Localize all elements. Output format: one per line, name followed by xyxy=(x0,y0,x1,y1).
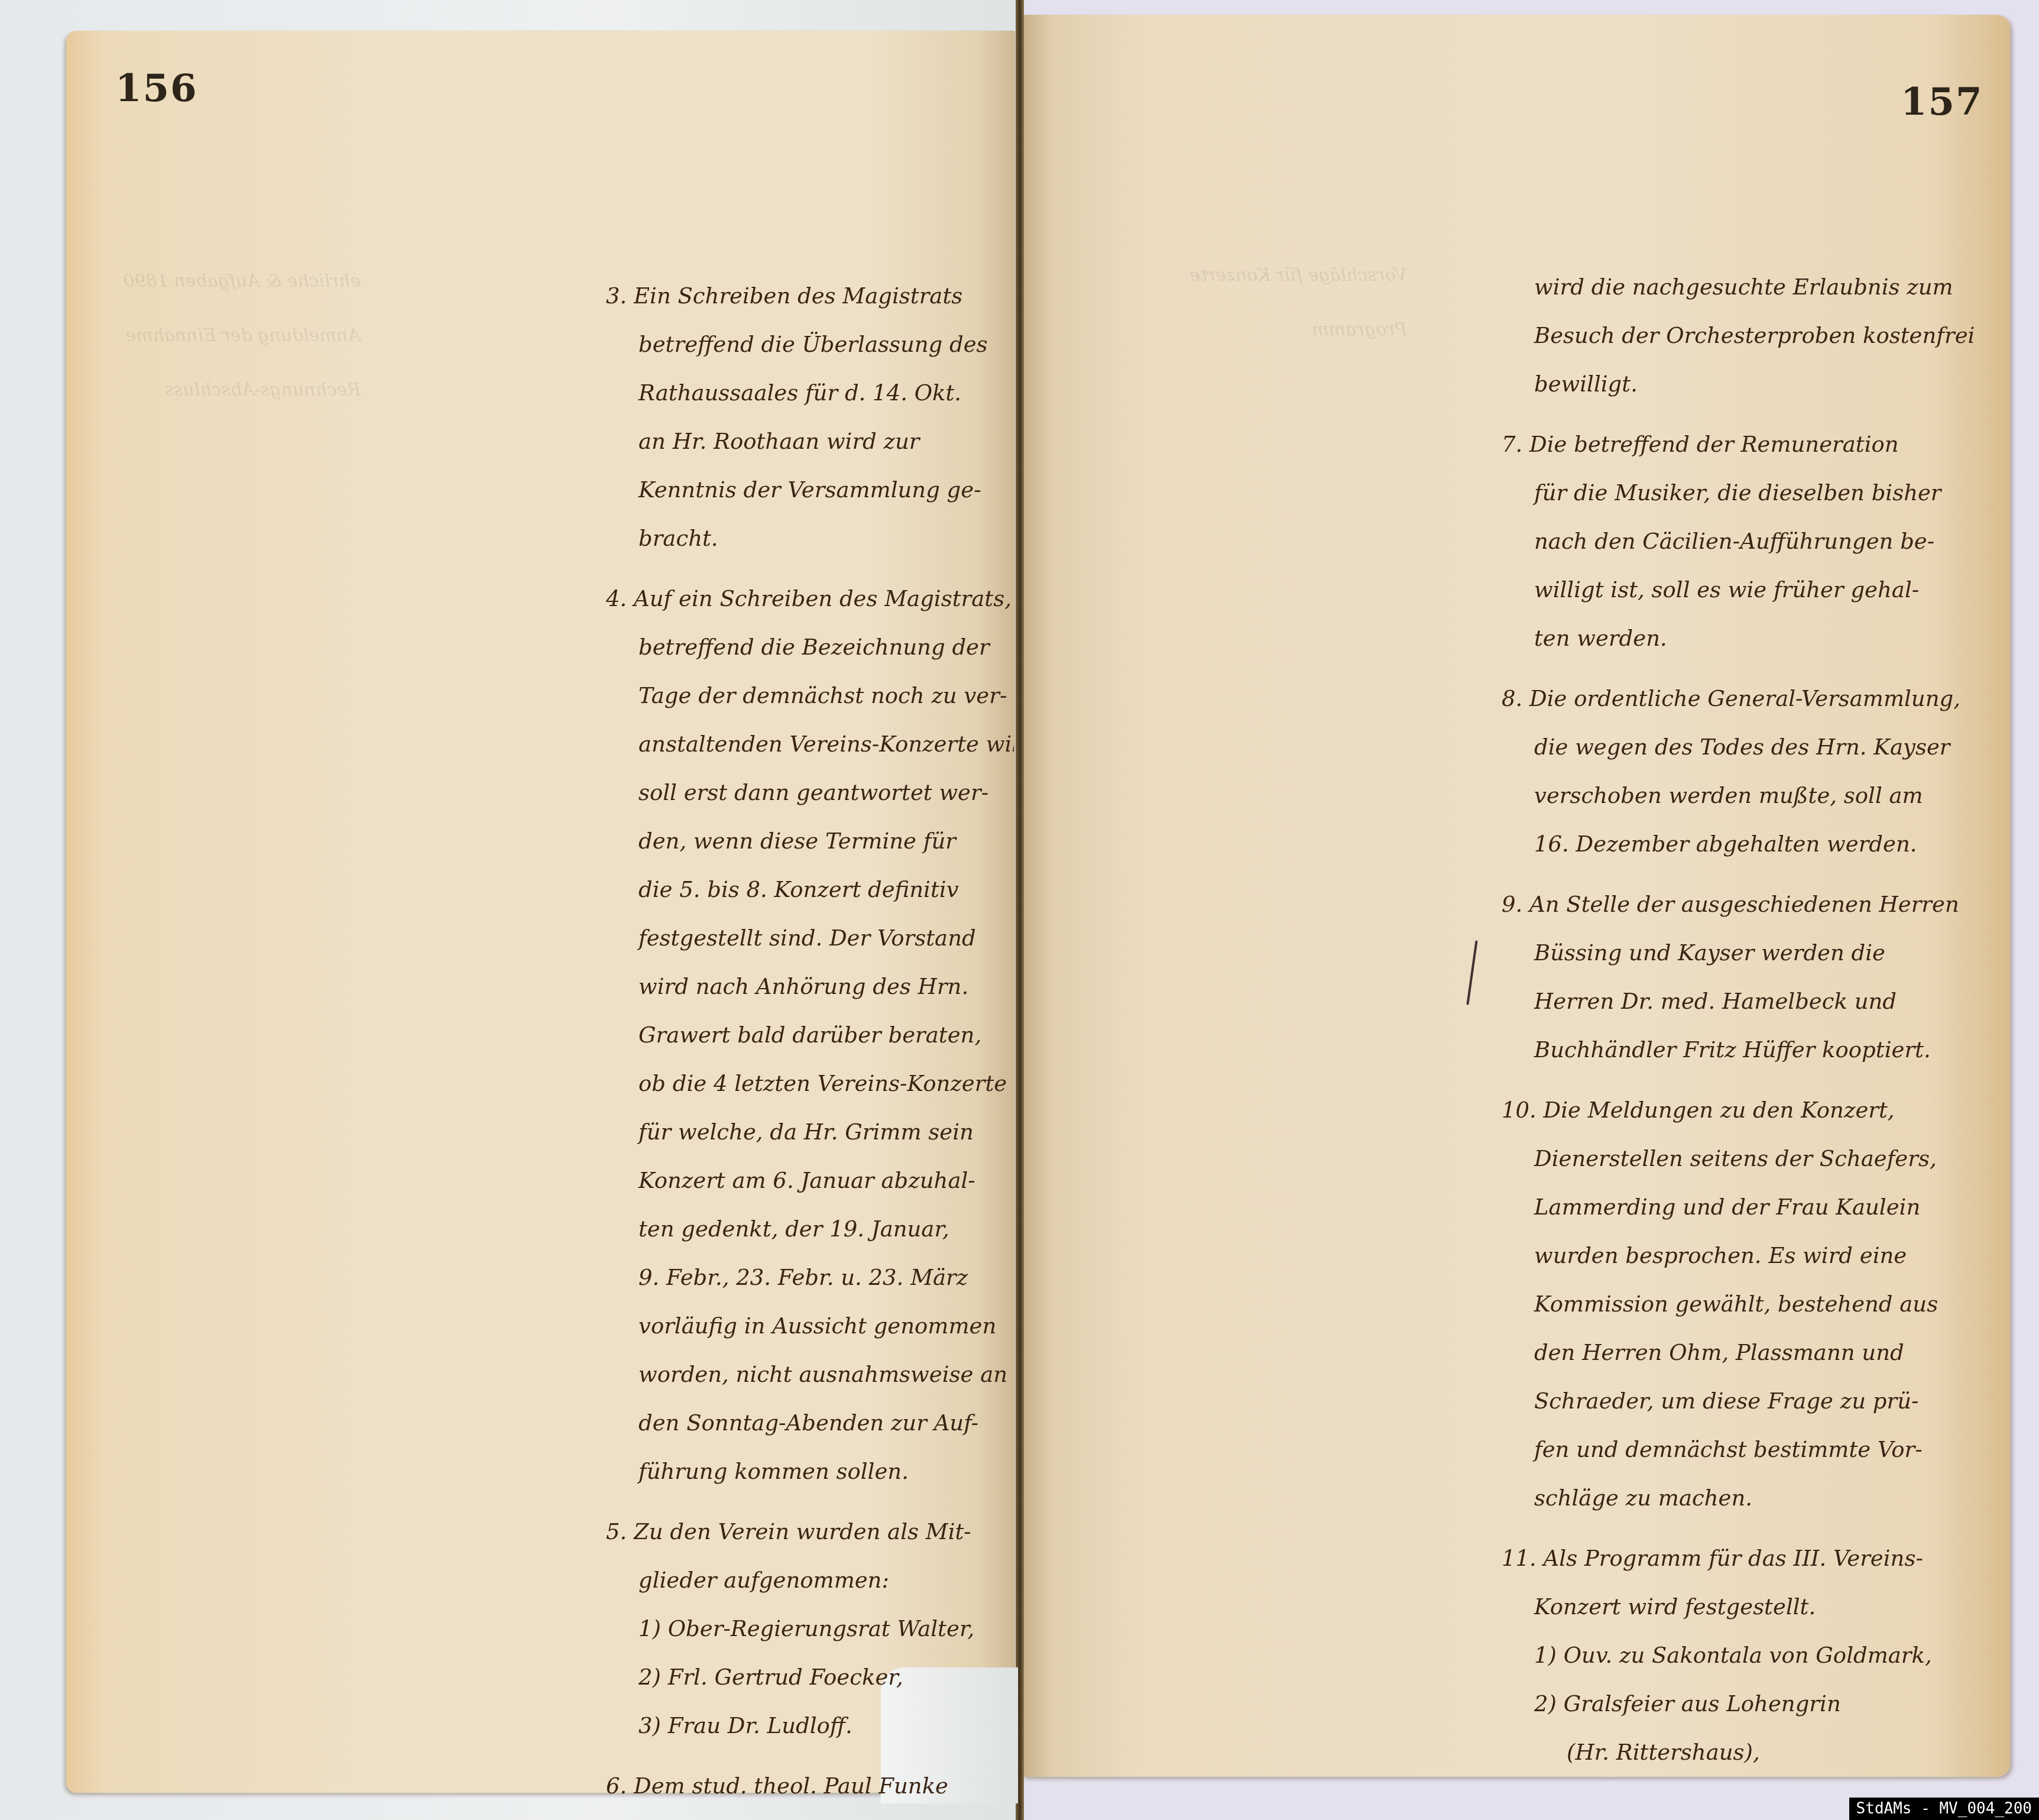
minutes-entry-5: 5. Zu den Verein wurden als Mit- glieder… xyxy=(606,1508,1014,1750)
text-line: 5. Zu den Verein wurden als Mit- xyxy=(606,1508,1014,1556)
text-line: 9. Febr., 23. Febr. u. 23. März xyxy=(606,1254,1014,1302)
text-line: Grawert bald darüber beraten, xyxy=(606,1011,1014,1060)
text-line: vorläufig in Aussicht genommen xyxy=(606,1302,1014,1351)
minutes-entry-6-continued: wird die nachgesuchte Erlaubnis zum Besu… xyxy=(1502,263,1986,409)
text-line: Kenntnis der Versammlung ge- xyxy=(606,466,1014,514)
member-list-item: 1) Ober-Regierungsrat Walter, xyxy=(606,1605,1014,1653)
text-line: Tage der demnächst noch zu ver- xyxy=(606,672,1014,720)
text-line: ten werden. xyxy=(1502,614,1986,663)
page-number-right: 157 xyxy=(1901,80,1983,124)
text-line: worden, nicht ausnahmsweise an xyxy=(606,1351,1014,1399)
text-line: wird nach Anhörung des Hrn. xyxy=(606,963,1014,1011)
text-line: festgestellt sind. Der Vorstand xyxy=(606,914,1014,963)
program-list-item: (Hr. Rittershaus), xyxy=(1502,1728,1986,1777)
text-line: Herren Dr. med. Hamelbeck und xyxy=(1502,977,1986,1026)
text-line: Besuch der Orchesterproben kostenfrei xyxy=(1502,312,1986,360)
text-line: den Sonntag-Abenden zur Auf- xyxy=(606,1399,1014,1447)
member-list-item: 2) Frl. Gertrud Foecker, xyxy=(606,1653,1014,1702)
text-line: für welche, da Hr. Grimm sein xyxy=(606,1108,1014,1157)
text-line: Büssing und Kayser werden die xyxy=(1502,929,1986,977)
text-line: führung kommen sollen. xyxy=(606,1447,1014,1496)
text-line: 3. Ein Schreiben des Magistrats xyxy=(606,272,1014,320)
text-line: für die Musiker, die dieselben bisher xyxy=(1502,469,1986,517)
text-line: den, wenn diese Termine für xyxy=(606,817,1014,866)
text-line: Dienerstellen seitens der Schaefers, xyxy=(1502,1135,1986,1183)
minutes-entry-11: 11. Als Programm für das III. Vereins- K… xyxy=(1502,1534,1986,1777)
show-through-text-left: ehrliche & Aufgaben 1890 Anmeldung der E… xyxy=(112,254,361,417)
archive-caption: StdAMs - MV_004_200 xyxy=(1849,1798,2039,1820)
text-line: bewilligt. xyxy=(1502,360,1986,409)
book-spine xyxy=(1016,0,1024,1820)
text-line: 8. Die ordentliche General-Versammlung, xyxy=(1502,675,1986,723)
text-line: ten gedenkt, der 19. Januar, xyxy=(606,1205,1014,1254)
text-line: 6. Dem stud. theol. Paul Funke xyxy=(606,1762,1014,1811)
minutes-entry-4: 4. Auf ein Schreiben des Magistrats, bet… xyxy=(606,575,1014,1496)
text-line: Rathaussaales für d. 14. Okt. xyxy=(606,369,1014,417)
text-line: Konzert am 6. Januar abzuhal- xyxy=(606,1157,1014,1205)
text-line: schläge zu machen. xyxy=(1502,1474,1986,1523)
minutes-entry-3: 3. Ein Schreiben des Magistrats betreffe… xyxy=(606,272,1014,563)
text-line: Kommission gewählt, bestehend aus xyxy=(1502,1280,1986,1329)
text-line: die 5. bis 8. Konzert definitiv xyxy=(606,866,1014,914)
program-list-item: 1) Ouv. zu Sakontala von Goldmark, xyxy=(1502,1631,1986,1680)
minutes-entry-10: 10. Die Meldungen zu den Konzert, Diener… xyxy=(1502,1086,1986,1523)
minutes-entry-6: 6. Dem stud. theol. Paul Funke xyxy=(606,1762,1014,1811)
text-line: glieder aufgenommen: xyxy=(606,1556,1014,1605)
minutes-entry-8: 8. Die ordentliche General-Versammlung, … xyxy=(1502,675,1986,869)
right-page-text: wird die nachgesuchte Erlaubnis zum Besu… xyxy=(1502,263,1986,1789)
text-line: Konzert wird festgestellt. xyxy=(1502,1583,1986,1631)
text-line: den Herren Ohm, Plassmann und xyxy=(1502,1329,1986,1377)
program-list-item: 2) Gralsfeier aus Lohengrin xyxy=(1502,1680,1986,1728)
text-line: soll erst dann geantwortet wer- xyxy=(606,769,1014,817)
left-page-text: 3. Ein Schreiben des Magistrats betreffe… xyxy=(606,272,1014,1820)
text-line: bracht. xyxy=(606,514,1014,563)
minutes-entry-7: 7. Die betreffend der Remuneration für d… xyxy=(1502,420,1986,663)
text-line: 10. Die Meldungen zu den Konzert, xyxy=(1502,1086,1986,1135)
member-list-item: 3) Frau Dr. Ludloff. xyxy=(606,1702,1014,1750)
show-through-text-right: Vorschläge für Konzerte Programm xyxy=(1123,248,1407,357)
text-line: fen und demnächst bestimmte Vor- xyxy=(1502,1426,1986,1474)
text-line: Lammerding und der Frau Kaulein xyxy=(1502,1183,1986,1232)
text-line: 16. Dezember abgehalten werden. xyxy=(1502,820,1986,869)
text-line: Buchhändler Fritz Hüffer kooptiert. xyxy=(1502,1026,1986,1074)
text-line: 4. Auf ein Schreiben des Magistrats, xyxy=(606,575,1014,623)
text-line: an Hr. Roothaan wird zur xyxy=(606,417,1014,466)
text-line: wird die nachgesuchte Erlaubnis zum xyxy=(1502,263,1986,312)
text-line: betreffend die Überlassung des xyxy=(606,320,1014,369)
text-line: wurden besprochen. Es wird eine xyxy=(1502,1232,1986,1280)
text-line: nach den Cäcilien-Aufführungen be- xyxy=(1502,517,1986,566)
text-line: anstaltenden Vereins-Konzerte will Stadt xyxy=(606,720,1014,769)
text-line: Schraeder, um diese Frage zu prü- xyxy=(1502,1377,1986,1426)
text-line: die wegen des Todes des Hrn. Kayser xyxy=(1502,723,1986,772)
text-line: willigt ist, soll es wie früher gehal- xyxy=(1502,566,1986,614)
text-line: ob die 4 letzten Vereins-Konzerte xyxy=(606,1060,1014,1108)
minutes-entry-9: 9. An Stelle der ausgeschiedenen Herren … xyxy=(1502,880,1986,1074)
text-line: betreffend die Bezeichnung der xyxy=(606,623,1014,672)
text-line: 11. Als Programm für das III. Vereins- xyxy=(1502,1534,1986,1583)
text-line: verschoben werden mußte, soll am xyxy=(1502,772,1986,820)
page-number-left: 156 xyxy=(115,66,198,111)
text-line: 9. An Stelle der ausgeschiedenen Herren xyxy=(1502,880,1986,929)
text-line: 7. Die betreffend der Remuneration xyxy=(1502,420,1986,469)
